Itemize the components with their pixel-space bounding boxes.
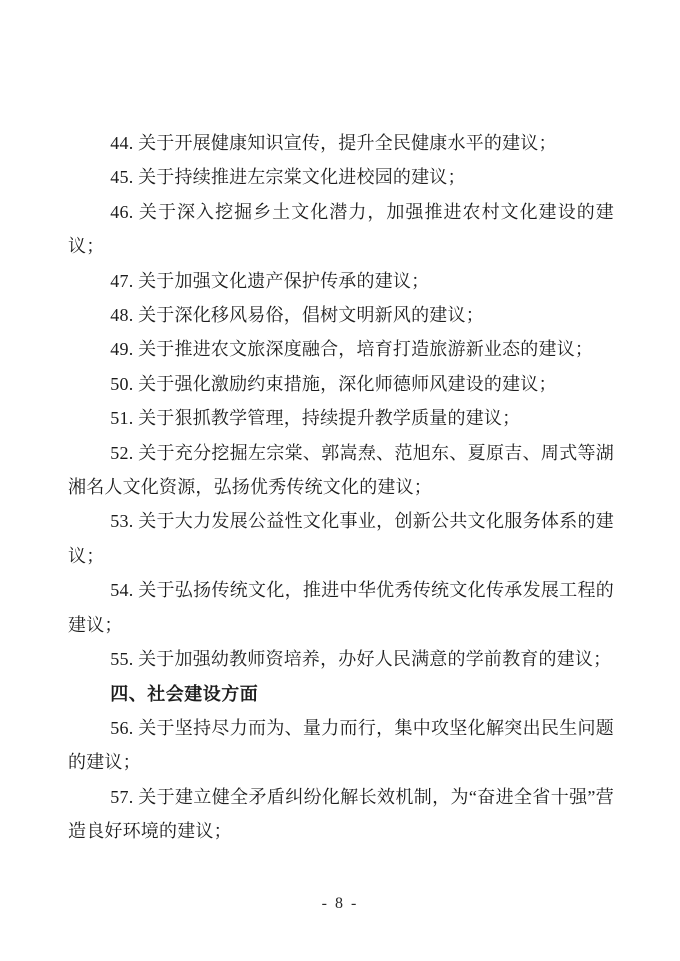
list-item: 49. 关于推进农文旅深度融合，培育打造旅游新业态的建议； bbox=[68, 332, 614, 366]
list-item: 47. 关于加强文化遗产保护传承的建议； bbox=[68, 264, 614, 298]
list-item: 54. 关于弘扬传统文化，推进中华优秀传统文化传承发展工程的建议； bbox=[68, 573, 614, 642]
list-item: 53. 关于大力发展公益性文化事业，创新公共文化服务体系的建议； bbox=[68, 504, 614, 573]
list-item: 50. 关于强化激励约束措施，深化师德师风建设的建议； bbox=[68, 367, 614, 401]
list-item: 55. 关于加强幼教师资培养，办好人民满意的学前教育的建议； bbox=[68, 642, 614, 676]
list-item: 56. 关于坚持尽力而为、量力而行，集中攻坚化解突出民生问题的建议； bbox=[68, 711, 614, 780]
list-item: 46. 关于深入挖掘乡土文化潜力，加强推进农村文化建设的建议； bbox=[68, 195, 614, 264]
list-item: 44. 关于开展健康知识宣传，提升全民健康水平的建议； bbox=[68, 126, 614, 160]
list-item: 48. 关于深化移风易俗，倡树文明新风的建议； bbox=[68, 298, 614, 332]
list-item: 52. 关于充分挖掘左宗棠、郭嵩焘、范旭东、夏原吉、周式等湖湘名人文化资源，弘扬… bbox=[68, 436, 614, 505]
document-body: 44. 关于开展健康知识宣传，提升全民健康水平的建议； 45. 关于持续推进左宗… bbox=[68, 126, 614, 849]
list-item: 51. 关于狠抓教学管理，持续提升教学质量的建议； bbox=[68, 401, 614, 435]
page-number: - 8 - bbox=[0, 895, 680, 913]
section-heading: 四、社会建设方面 bbox=[68, 677, 614, 711]
list-item: 57. 关于建立健全矛盾纠纷化解长效机制，为“奋进全省十强”营造良好环境的建议； bbox=[68, 780, 614, 849]
list-item: 45. 关于持续推进左宗棠文化进校园的建议； bbox=[68, 160, 614, 194]
document-page: 44. 关于开展健康知识宣传，提升全民健康水平的建议； 45. 关于持续推进左宗… bbox=[0, 0, 680, 961]
